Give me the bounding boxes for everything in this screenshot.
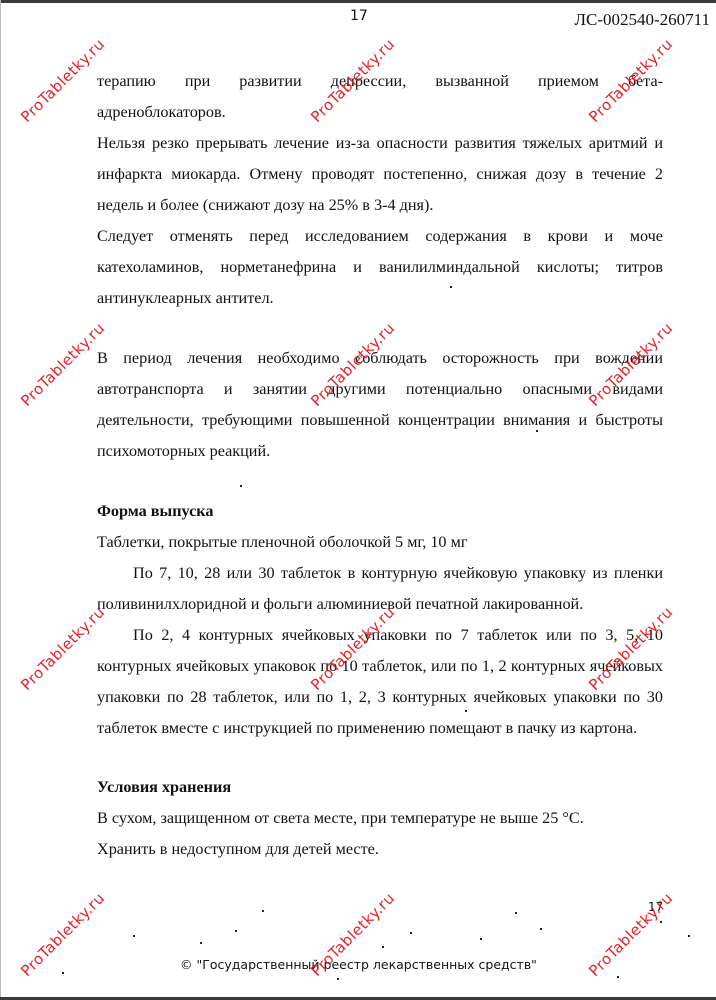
scan-speck: [540, 928, 542, 930]
watermark: ProTabletky.ru: [17, 603, 108, 694]
paragraph-line: адреноблокаторов.: [97, 97, 663, 128]
scan-speck: [450, 286, 452, 288]
scan-speck: [480, 938, 482, 940]
watermark: ProTabletky.ru: [17, 319, 108, 410]
release-form-packaging: По 2, 4 контурных ячейковых упаковки по …: [97, 620, 663, 744]
scan-speck: [410, 932, 412, 934]
word: приемом: [538, 72, 599, 90]
storage-children: Хранить в недоступном для детей месте.: [97, 834, 663, 865]
watermark: ProTabletky.ru: [17, 35, 108, 126]
scan-left-edge: [0, 0, 1, 1000]
scan-speck: [617, 976, 619, 978]
word: терапию: [97, 72, 156, 90]
section-heading-storage: Условия хранения: [97, 772, 663, 803]
spacer: [97, 744, 663, 772]
scan-top-border: [0, 0, 716, 3]
scan-speck: [660, 921, 662, 923]
footer-copyright: © "Государственный реестр лекарственных …: [180, 957, 537, 972]
scan-speck: [465, 710, 467, 712]
scan-speck: [133, 935, 135, 937]
document-id: ЛС-002540-260711: [574, 10, 710, 30]
spacer: [97, 467, 663, 496]
scan-speck: [688, 935, 690, 937]
word: развитии: [239, 72, 301, 90]
release-form-dosage: Таблетки, покрытые пленочной оболочкой 5…: [97, 527, 663, 558]
scan-speck: [382, 946, 384, 948]
scan-speck: [262, 910, 264, 912]
scan-speck: [536, 430, 538, 432]
word: вызванной: [435, 72, 509, 90]
document-body: терапию при развитии депрессии, вызванно…: [97, 66, 663, 865]
paragraph-driving: В период лечения необходимо соблюдать ос…: [97, 343, 663, 467]
scan-speck: [200, 942, 202, 944]
storage-conditions: В сухом, защищенном от света месте, при …: [97, 803, 663, 834]
scan-speck: [235, 930, 237, 932]
scan-speck: [62, 972, 64, 974]
watermark: ProTabletky.ru: [17, 889, 108, 980]
page-number: 17: [350, 8, 368, 24]
paragraph-lab-tests: Следует отменять перед исследованием сод…: [97, 221, 663, 314]
scan-speck: [240, 485, 242, 487]
watermark: ProTabletky.ru: [585, 889, 676, 980]
scan-speck: [337, 978, 339, 980]
paragraph-withdrawal: Нельзя резко прерывать лечение из-за опа…: [97, 128, 663, 221]
scan-speck: [515, 912, 517, 914]
paragraph-line: терапию при развитии депрессии, вызванно…: [97, 66, 663, 97]
word: при: [185, 72, 210, 90]
section-heading-release-form: Форма выпуска: [97, 496, 663, 527]
